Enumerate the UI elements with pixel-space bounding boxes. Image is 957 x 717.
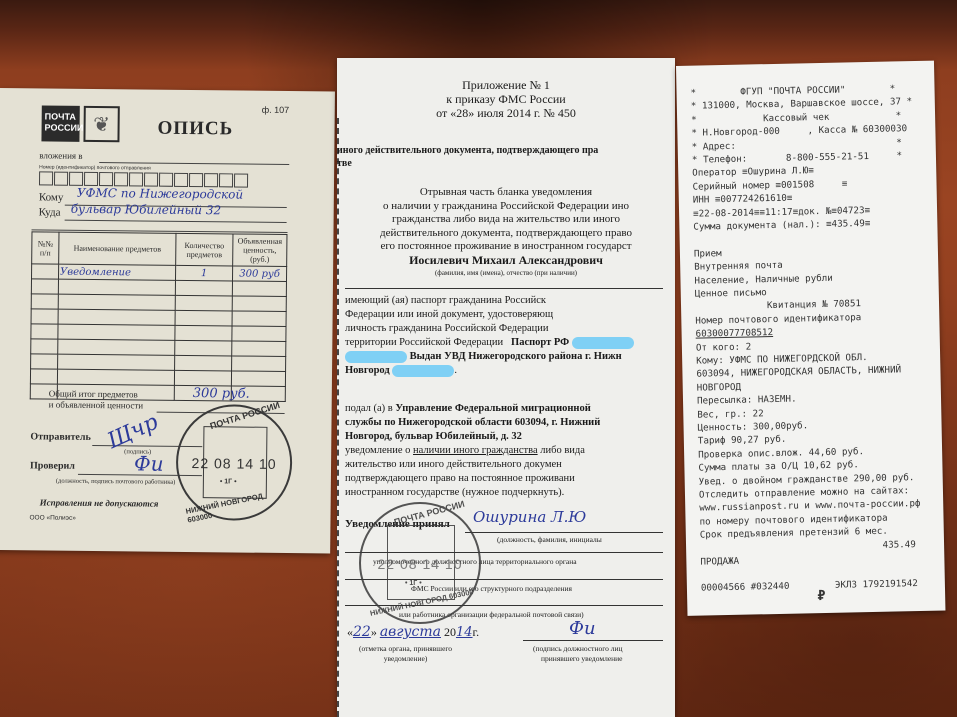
notice-underlined: наличии иного гражданства	[413, 445, 538, 456]
passport-line-3: личность гражданина Российской Федерации	[345, 322, 673, 336]
stamp-top-text: ПОЧТА РОССИИ	[393, 499, 466, 527]
receipt-line: * Телефон: 8-800-555-21-51 *	[692, 150, 902, 165]
items-table: №№ п/п Наименование предметов Количество…	[30, 231, 288, 402]
table-cell	[232, 341, 286, 357]
passport-line-5: Выдан УВД Нижегородского района г. Нижн	[345, 350, 673, 364]
appendix-header: Приложение № 1 к приказу ФМС России от «…	[337, 78, 675, 120]
divider	[345, 288, 663, 289]
stamp-code: • 1Г •	[405, 580, 422, 587]
col-number: №№ п/п	[32, 232, 59, 264]
receipt-line: Оператор ≡Ошурина Л.Ю≡	[692, 166, 814, 180]
receipt-line: ≡22-08-2014≡≡11:17≡док. №≡04723≡	[693, 205, 870, 220]
table-cell	[31, 354, 58, 369]
receipt-line: 60300077708512	[696, 327, 774, 340]
receipt-line: Тариф 90,27 руб.	[698, 434, 787, 447]
receipt-footer-right: ЭКЛЗ 1792191542	[835, 578, 918, 591]
mark-hint-line-2: уведомление)	[359, 654, 452, 664]
name-hint: (фамилия, имя (имена), отчество (при нал…	[337, 267, 675, 281]
date-day: 22	[353, 624, 371, 640]
identifier-label: Номер (идентификатор) почтового отправле…	[39, 164, 151, 171]
stamp-date: 22 08 14 10	[361, 556, 479, 572]
postmark-stamp: ПОЧТА РОССИИ 22 08 14 10 • 1Г • НИЖНИЙ Н…	[175, 404, 292, 521]
divider	[465, 532, 663, 533]
notice-prefix: уведомление о	[345, 445, 410, 456]
total-value: 300 руб.	[193, 386, 250, 402]
ruble-icon: ₽	[817, 588, 826, 604]
table-cell	[31, 324, 58, 339]
mark-hint-line-1: (отметка органа, принявшего	[359, 644, 452, 654]
publisher: ООО «Полиэс»	[29, 514, 75, 521]
notice-suffix: либо вида	[540, 445, 585, 456]
table-cell: 1	[175, 265, 232, 281]
date-year-prefix: 20	[444, 625, 456, 639]
truncated-heading: иного действительного документа, подтвер…	[337, 144, 675, 170]
title-line-4: действительного документа, подтверждающе…	[337, 227, 675, 241]
receipt-line: Население, Наличные рубли	[694, 272, 832, 286]
no-corrections-note: Исправления не допускаются	[40, 497, 159, 508]
eagle-emblem-icon: ❦	[83, 106, 119, 142]
table-cell	[232, 281, 286, 297]
where-label: Куда	[39, 206, 61, 218]
receipt-line: по номеру почтового идентификатора	[699, 512, 887, 527]
table-cell	[58, 324, 175, 340]
table-cell	[58, 339, 175, 355]
submitted-line-2: службы по Нижегородской области 603094, …	[345, 416, 673, 430]
redaction-mark	[572, 337, 634, 349]
header-line-1: Приложение № 1	[337, 78, 675, 92]
date-field: «22» августа 2014г.	[347, 624, 479, 640]
receipt-line: Проверка опис.влож. 44,60 руб.	[698, 446, 864, 460]
receipt-line: * ФГУП "ПОЧТА РОССИИ" *	[690, 83, 895, 98]
date-year: 14	[456, 625, 473, 640]
table-cell	[231, 371, 285, 387]
notice-line-3: подтверждающего право на постоянное прож…	[345, 472, 673, 486]
truncated-line-2: тве	[337, 157, 675, 170]
receipt-line: 435.49	[700, 539, 916, 555]
passport-issuer: Выдан УВД Нижегородского района г. Нижн	[410, 351, 622, 362]
title-line-3: гражданства либо вида на жительство или …	[337, 213, 675, 227]
notice-line-2: жительство или иного действительного док…	[345, 458, 673, 472]
receipt-line: ПРОДАЖА	[700, 556, 739, 568]
table-cell	[232, 311, 286, 327]
to-label: Кому	[39, 191, 64, 203]
passport-block: имеющий (ая) паспорт гражданина Российск…	[345, 294, 673, 378]
receipt-line: Вес, гр.: 22	[697, 408, 764, 420]
official-signature: Фи	[569, 618, 596, 639]
table-cell	[31, 279, 58, 294]
receipt-footer-left: 00004566 #032440	[701, 581, 790, 594]
tear-off-title: Отрывная часть бланка уведомления о нали…	[337, 186, 675, 281]
form-number: ф. 107	[262, 105, 290, 115]
sig-hint-line-1: (подпись должностного лиц	[533, 644, 623, 654]
fms-notification-form: Приложение № 1 к приказу ФМС России от «…	[337, 58, 675, 717]
accepted-by-value: Ошурина Л.Ю	[473, 508, 586, 526]
passport-line-1: имеющий (ая) паспорт гражданина Российск	[345, 294, 673, 308]
table-cell	[31, 294, 58, 309]
receipt-line: 603094, НИЖЕГОРОДСКАЯ ОБЛАСТЬ, НИЖНИЙ	[696, 365, 901, 380]
stamp-date: 22 08 14 10	[178, 455, 290, 472]
truncated-line-1: иного действительного документа, подтвер…	[337, 144, 675, 157]
passport-line-6: Новгород .	[345, 364, 673, 378]
submitted-line-1: подал (а) в Управление Федеральной мигра…	[345, 402, 673, 416]
receipt-line: Пересылка: НАЗЕМН.	[697, 394, 797, 407]
receipt-line: Ценное письмо	[695, 287, 767, 300]
accepted-hint: (должность, фамилия, инициалы	[497, 535, 602, 544]
date-suffix: г.	[473, 625, 480, 639]
receipt-line: Срок предъявления претензий 6 мес.	[700, 526, 888, 541]
title-line-5: его постоянное проживание в иностранном …	[337, 240, 675, 254]
sig-hint-line-2: принявшего уведомление	[533, 654, 623, 664]
passport-line-4: территории Российской Федерации Паспорт …	[345, 336, 673, 350]
notice-line-1: уведомление о наличии иного гражданства …	[345, 444, 673, 458]
logo-line-1: ПОЧТА	[45, 111, 78, 122]
receipt-line: НОВГОРОД	[697, 382, 741, 394]
table-cell	[58, 294, 175, 310]
checked-sub: (должность, подпись почтового работника)	[56, 478, 176, 486]
passport-line-2: Федерации или иной документ, удостоверяю…	[345, 308, 673, 322]
inventory-form-f107: ПОЧТА РОССИИ ❦ ОПИСЬ ф. 107 вложения в Н…	[0, 88, 335, 553]
passport-territory: территории Российской Федерации	[345, 337, 503, 348]
identifier-boxes	[39, 171, 249, 187]
postmark-stamp: ПОЧТА РОССИИ 22 08 14 10 • 1Г • НИЖНИЙ Н…	[359, 502, 481, 624]
receipt-line: Ценность: 300,00руб.	[697, 420, 808, 433]
cash-receipt: * ФГУП "ПОЧТА РОССИИ" ** 131000, Москва,…	[676, 61, 945, 616]
checked-label: Проверил	[30, 460, 75, 471]
table-cell	[57, 369, 174, 385]
table-cell	[175, 310, 232, 326]
citizen-name: Иосилевич Михаил Александрович	[337, 254, 675, 268]
table-cell	[58, 279, 175, 295]
logo-line-2: РОССИИ	[45, 122, 78, 133]
table-cell	[58, 309, 175, 325]
mark-hint: (отметка органа, принявшего уведомление)	[359, 644, 452, 664]
submission-block: подал (а) в Управление Федеральной мигра…	[345, 402, 673, 500]
receipt-line: Прием	[694, 248, 722, 260]
table-cell	[31, 309, 58, 324]
table-cell	[30, 369, 57, 384]
passport-city: Новгород	[345, 365, 390, 376]
passport-type: Паспорт РФ	[511, 337, 569, 348]
col-item-name: Наименование предметов	[59, 232, 176, 265]
signature-hint: (подпись должностного лиц принявшего уве…	[533, 644, 623, 664]
pochta-rossii-logo: ПОЧТА РОССИИ	[41, 105, 79, 141]
attachment-label: вложения в	[39, 150, 82, 160]
table-header-row: №№ п/п Наименование предметов Количество…	[32, 232, 287, 267]
date-month: августа	[380, 624, 441, 640]
col-quantity: Количество предметов	[176, 233, 233, 266]
submitted-prefix: подал (а) в	[345, 403, 393, 414]
receipt-line: От кого: 2	[696, 341, 752, 353]
divider	[523, 640, 663, 641]
table-cell	[232, 356, 286, 372]
where-value: бульвар Юбилейный 32	[71, 202, 222, 218]
receipt-line: Квитанция № 70851	[695, 299, 861, 313]
title-line-1: Отрывная часть бланка уведомления	[337, 186, 675, 200]
title-line-2: о наличии у гражданина Российской Федера…	[337, 200, 675, 214]
receipt-line: ИНН ≡007724261610≡	[693, 193, 793, 206]
receipt-line: Номер почтового идентификатора	[695, 312, 861, 326]
table-cell	[174, 370, 231, 386]
checker-signature: Фи	[134, 451, 164, 475]
table-cell	[175, 295, 232, 311]
table-cell	[31, 339, 58, 354]
redaction-mark	[392, 365, 454, 377]
table-cell	[32, 264, 59, 279]
total-label-line-2: и объявленной ценности	[49, 400, 144, 412]
stamp-code: • 1Г •	[220, 478, 237, 485]
col-declared-value: Объявленная ценность, (руб.)	[233, 234, 287, 267]
table-cell	[175, 280, 232, 296]
receipt-line: Сумма документа (нал.): ≡435.49≡	[693, 218, 870, 233]
total-label: Общий итог предметов и объявленной ценно…	[49, 389, 144, 412]
table-cell	[58, 354, 175, 370]
header-line-3: от «28» июля 2014 г. № 450	[337, 106, 675, 120]
divider	[65, 220, 287, 223]
receipt-line: Кому: УФМС ПО НИЖЕГОРДСКОЙ ОБЛ.	[696, 352, 868, 367]
table-cell: Уведомление	[59, 264, 176, 280]
table-cell	[175, 355, 232, 371]
submitted-line-3: Новгород, бульвар Юбилейный, д. 32	[345, 430, 673, 444]
sender-label: Отправитель	[30, 431, 91, 443]
table-cell	[232, 296, 286, 312]
table-cell	[175, 340, 232, 356]
submitted-authority: Управление Федеральной миграционной	[395, 403, 590, 414]
receipt-line: Внутренняя почта	[694, 260, 783, 273]
header-line-2: к приказу ФМС России	[337, 92, 675, 106]
receipt-line: Серийный номер ≡001508 ≡	[692, 178, 847, 192]
table-cell	[232, 326, 286, 342]
notice-line-4: иностранном государстве (нужное подчеркн…	[345, 486, 673, 500]
table-cell: 300 руб	[232, 266, 286, 282]
to-value: УФМС по Нижегородской	[77, 186, 243, 202]
table-cell	[175, 325, 232, 341]
form-title: ОПИСЬ	[157, 118, 233, 141]
receipt-line: Сумма платы за О/Ц 10,62 руб.	[698, 459, 859, 473]
redaction-mark	[345, 351, 407, 363]
